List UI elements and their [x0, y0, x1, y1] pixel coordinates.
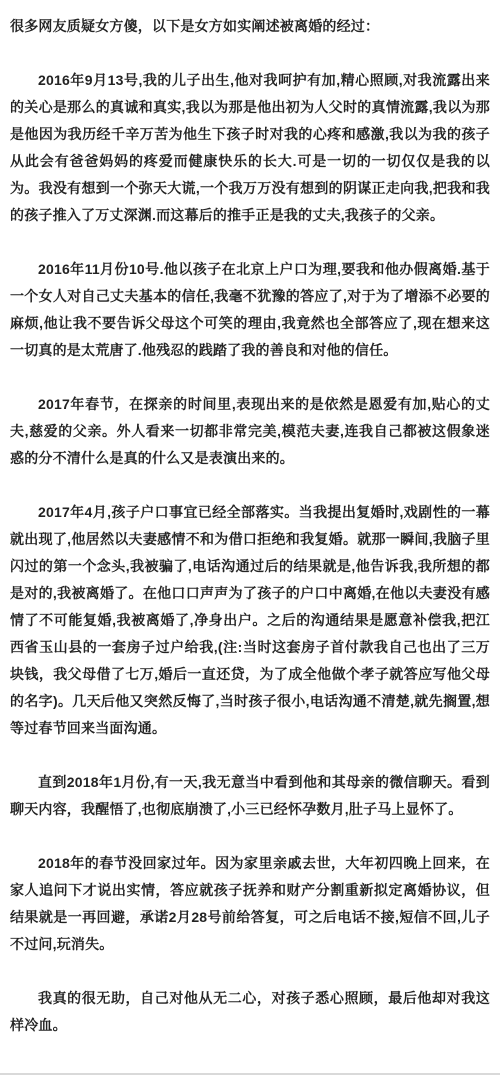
paragraph-2: 2016年11月份10号.他以孩子在北京上户口为理,要我和他办假离婚.基于一个女…	[10, 256, 490, 364]
paragraph-4: 2017年4月,孩子户口事宜已经全部落实。当我提出复婚时,戏剧性的一幕就出现了,…	[10, 499, 490, 742]
article-title: 很多网友质疑女方傻，以下是女方如实阐述被离婚的经过：	[10, 13, 490, 40]
paragraph-3: 2017年春节，在探亲的时间里,表现出来的是依然是恩爱有加,贴心的丈夫,慈爱的父…	[10, 391, 490, 472]
bottom-divider	[0, 1073, 500, 1075]
paragraph-5: 直到2018年1月份,有一天,我无意当中看到他和其母亲的微信聊天。看到聊天内容，…	[10, 769, 490, 823]
paragraph-6: 2018年的春节没回家过年。因为家里亲戚去世，大年初四晚上回来，在家人追问下才说…	[10, 850, 490, 958]
paragraph-7: 我真的很无助，自己对他从无二心，对孩子悉心照顾，最后他却对我这样冷血。	[10, 985, 490, 1039]
article-page: 很多网友质疑女方傻，以下是女方如实阐述被离婚的经过： 2016年9月13号,我的…	[0, 0, 500, 1077]
paragraph-1: 2016年9月13号,我的儿子出生,他对我呵护有加,精心照顾,对我流露出来的关心…	[10, 67, 490, 229]
